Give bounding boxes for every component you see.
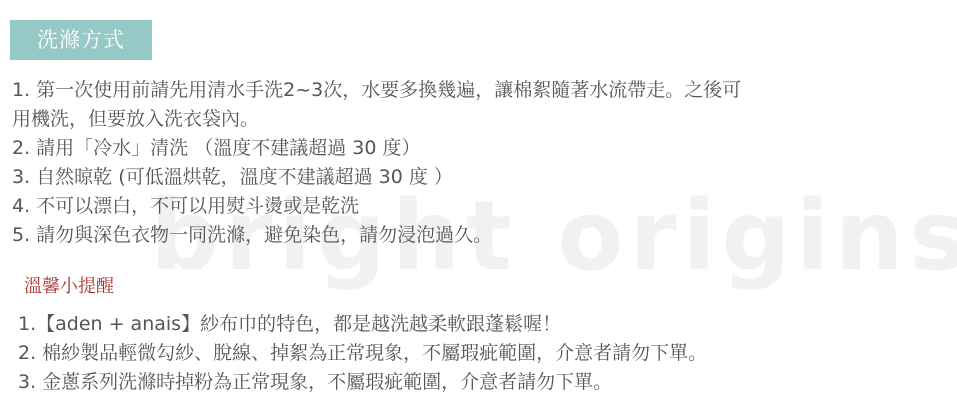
washing-item-5: 5. 請勿與深色衣物一同洗滌，避免染色，請勿浸泡過久。 (12, 221, 942, 250)
washing-item-4: 4. 不可以漂白，不可以用熨斗燙或是乾洗 (12, 192, 942, 221)
washing-item-1-line-1: 1. 第一次使用前請先用清水手洗2~3次，水要多換幾遍，讓棉絮隨著水流帶走。之後… (12, 76, 942, 105)
tip-item-1: 1.【aden + anais】紗布巾的特色，都是越洗越柔軟跟蓬鬆喔！ (18, 310, 707, 339)
tip-item-2: 2. 棉紗製品輕微勾紗、脫線、掉絮為正常現象，不屬瑕疵範圍，介意者請勿下單。 (18, 339, 707, 368)
washing-item-1-line-2: 用機洗，但要放入洗衣袋內。 (12, 105, 942, 134)
washing-item-2: 2. 請用「冷水」清洗 （溫度不建議超過 30 度） (12, 134, 942, 163)
tips-section-title: 溫馨小提醒 (24, 275, 114, 299)
tip-item-3: 3. 金蔥系列洗滌時掉粉為正常現象，不屬瑕疵範圍，介意者請勿下單。 (18, 368, 707, 397)
washing-instructions-list: 1. 第一次使用前請先用清水手洗2~3次，水要多換幾遍，讓棉絮隨著水流帶走。之後… (12, 76, 942, 250)
washing-item-3: 3. 自然晾乾 (可低溫烘乾，溫度不建議超過 30 度 ） (12, 163, 942, 192)
washing-section-title: 洗滌方式 (10, 20, 152, 60)
tips-list: 1.【aden + anais】紗布巾的特色，都是越洗越柔軟跟蓬鬆喔！ 2. 棉… (18, 310, 707, 397)
